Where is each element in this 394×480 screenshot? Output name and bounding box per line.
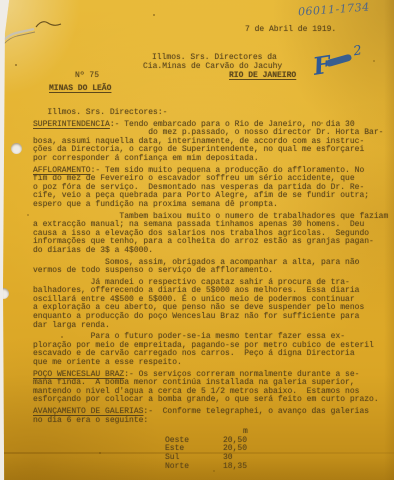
staple-icon [1,22,39,52]
punch-hole-bottom [0,288,9,299]
ink-scribble-icon [325,53,352,67]
paragraph: Para o futuro poder-se-ia mesmo tentar f… [33,333,386,367]
paragraph: Tambem baixou muito o numero de trabalha… [33,213,386,256]
paragraph: Illmos. Srs. Directores:- [33,109,386,118]
document-scan: { "colors": { "paper": "#e3b02d", "ink":… [0,0,394,480]
archive-number-annotation: 06011-1734 [298,1,370,19]
section-label: AVANÇAMENTO DE GALERIAS [33,407,143,416]
right-edge-shadow [384,0,394,480]
date-line: 7 de Abril de 1919. [245,25,336,34]
paper-speckles [3,0,5,2]
origin-location: MINAS DO LEÃO [49,84,111,93]
bottom-shadow [3,456,394,480]
addressee-line: Illmos. Srs. Directores da [143,53,296,62]
paragraph: POÇO WENCESLAU BRAZ:- Os serviços correr… [33,371,386,405]
typed-line: espero que a fundição na proxima semana … [33,201,386,210]
addressee-city: RIO DE JANEIRO [229,71,296,80]
paragraph: AVANÇAMENTO DE GALERIAS:- Conforme teleg… [33,408,386,425]
pencil-scribble-icon [35,17,63,31]
annotation-number: 2 [352,43,363,59]
letter-body: Illmos. Srs. Directores:-SUPERINTENDENCI… [33,109,386,471]
paragraph: SUPERINTENDENCIA:- Tendo embarcado para … [33,121,386,164]
typed-line: vermos de todo suspenso o serviço de aff… [33,267,386,276]
table-unit-header: m [243,428,386,437]
typed-line: que me oriente a esse respeito. [33,359,386,368]
letter-page: 06011-1734 F2 7 de Abril de 1919. Illmos… [3,0,394,480]
paragraph: Já mandei o respectivo capataz sahir á p… [33,279,386,331]
typed-line: no dia 6 era o seguinte: [33,417,386,426]
typed-line: dar larga renda. [33,322,386,331]
paragraph: Somos, assim, obrigados a acompanhar a a… [33,259,386,276]
paragraph: AFFLORAMENTO:- Tem sido muito pequena a … [33,167,386,210]
letter-number: Nº 75 [75,71,99,80]
addressee-block: Illmos. Srs. Directores da Cia.Minas de … [143,53,296,81]
typed-line: Illmos. Srs. Directores:- [33,109,386,118]
paper-crease [3,452,394,454]
handwritten-check-annotation: F2 [311,44,365,81]
typed-line: esforçando por collocar a bomba grande, … [33,396,386,405]
typed-line: do diarias de 3$ a 4$000. [33,247,386,256]
punch-hole-top [11,143,22,154]
typed-line: por corresponder á confiança em mim depo… [33,155,386,164]
table-row: Oeste20,50 [165,437,386,446]
